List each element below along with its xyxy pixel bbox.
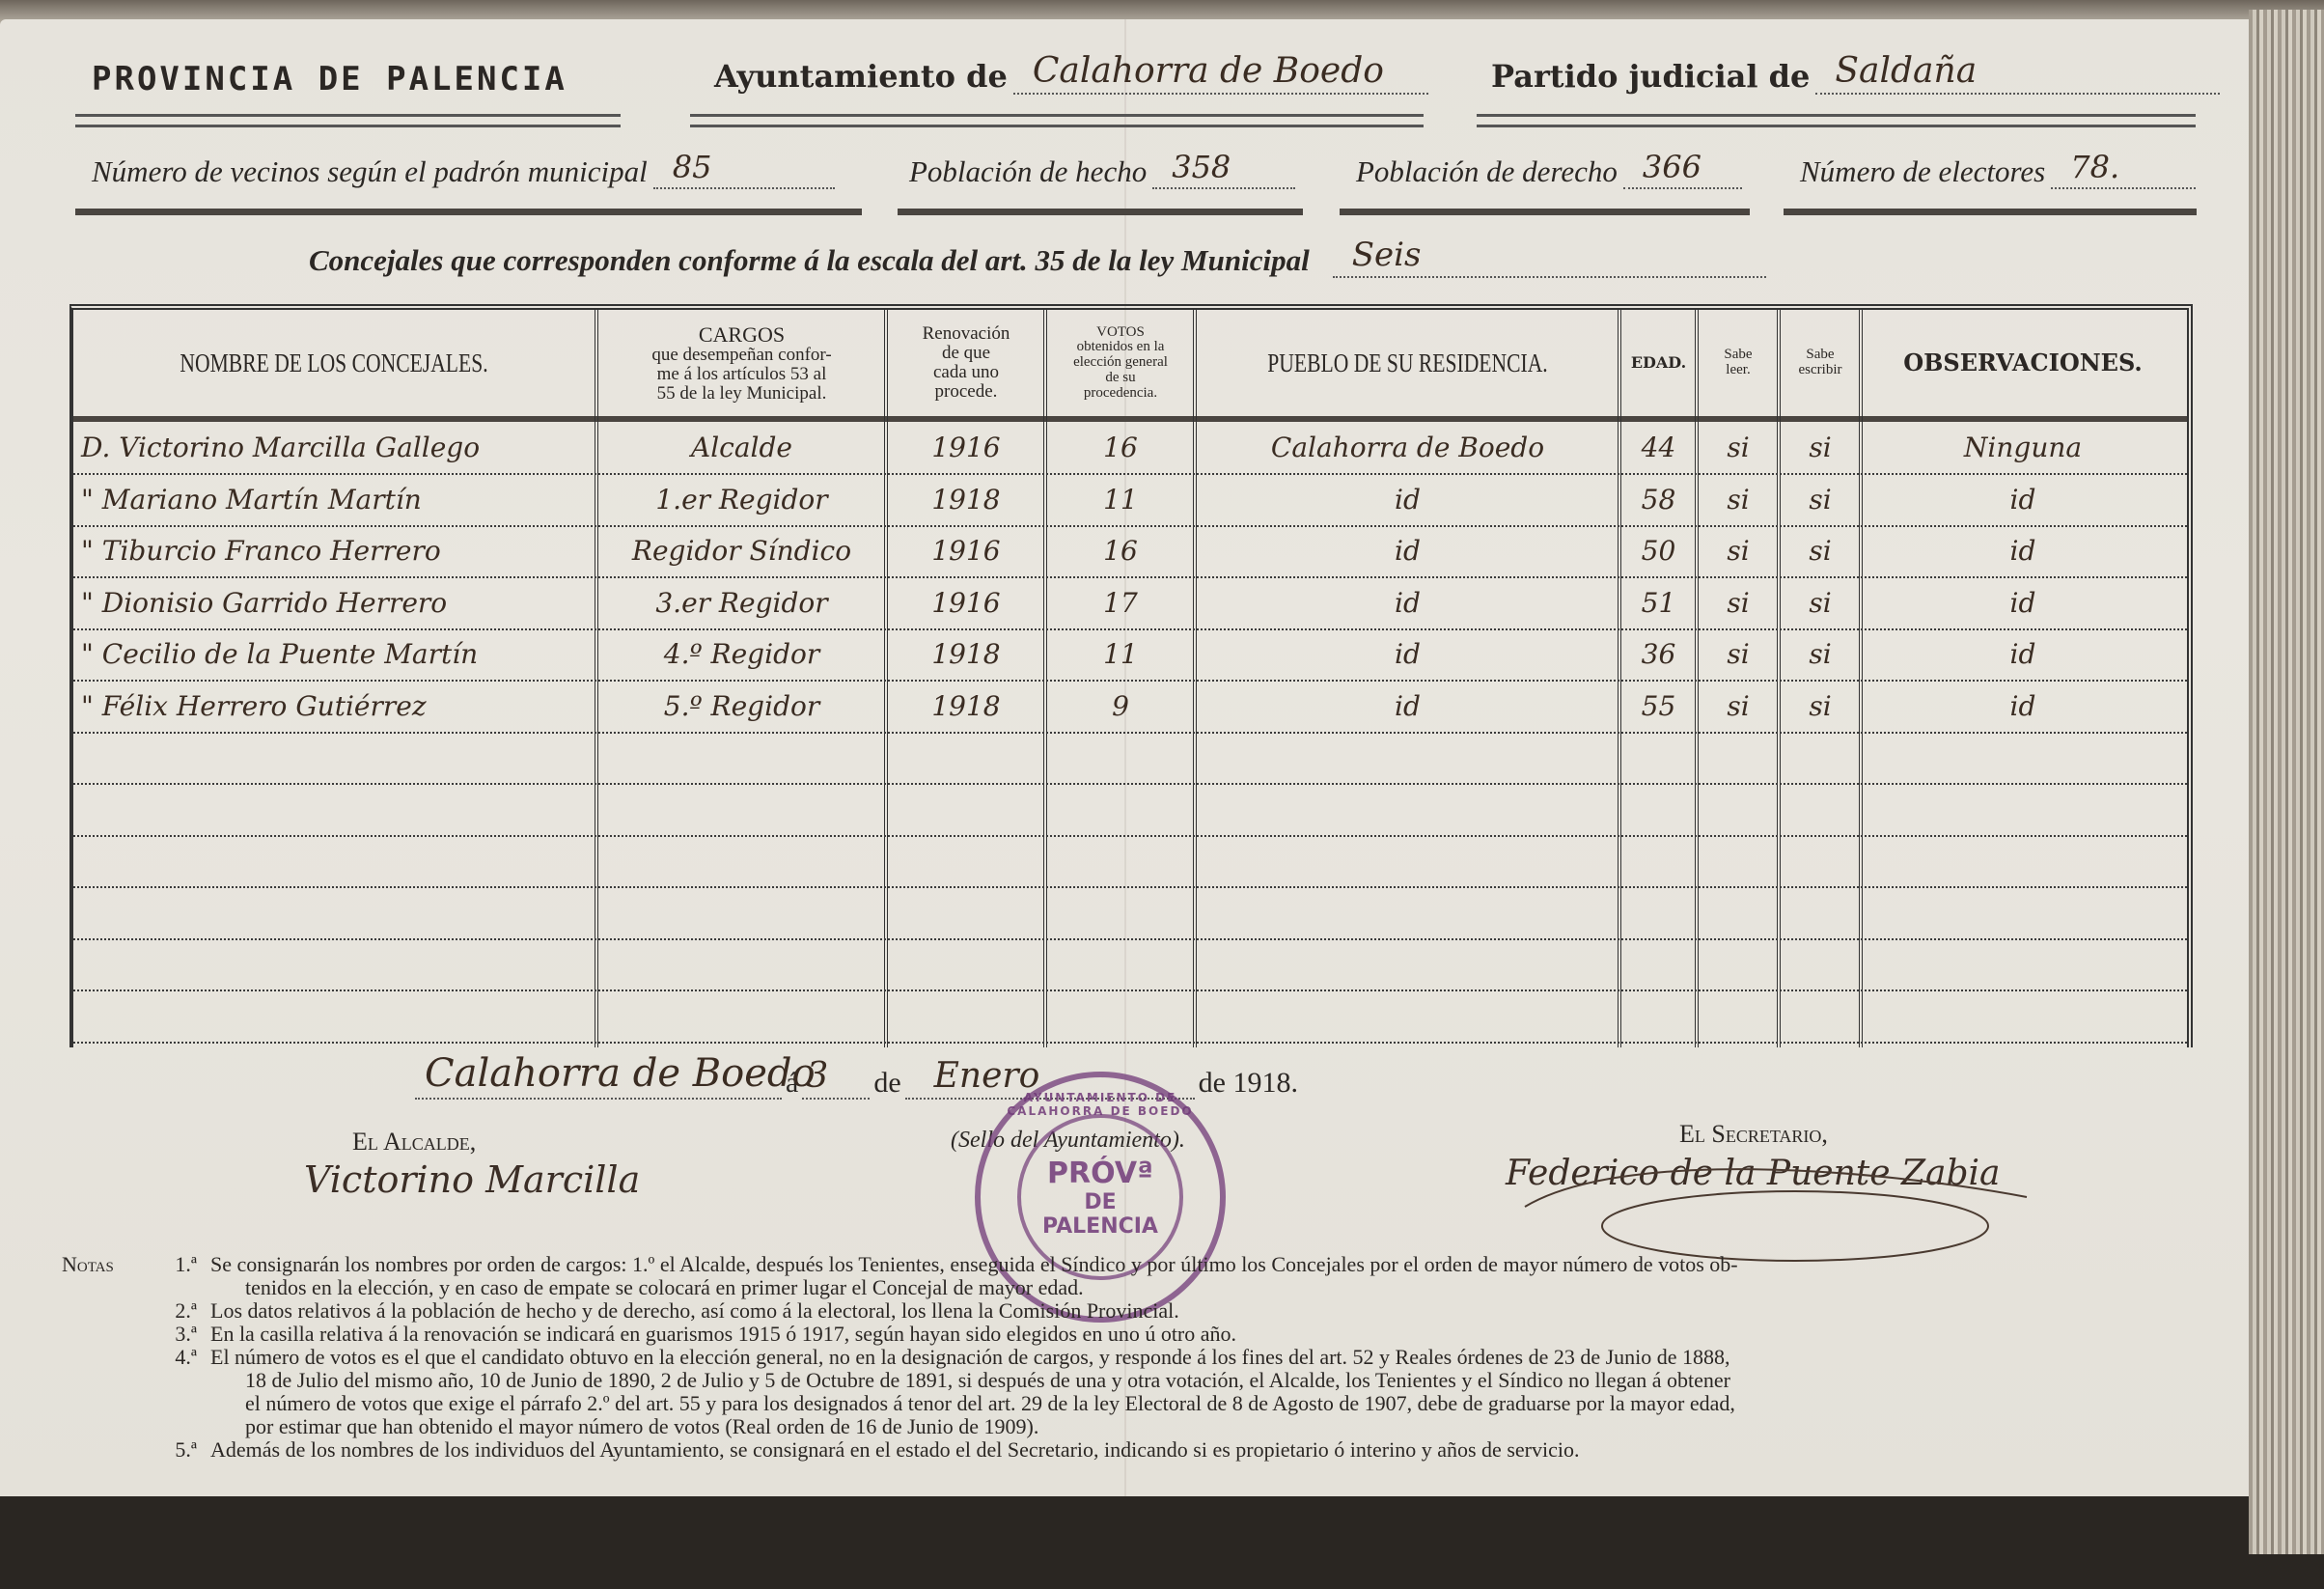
cell-votos[interactable]: 16 <box>1048 525 1193 576</box>
partido-label: Partido judicial de <box>1491 58 1810 95</box>
cell-cargo[interactable] <box>599 938 884 990</box>
note-number: 4.ª <box>158 1346 197 1369</box>
cell-renovacion[interactable]: 1918 <box>889 681 1043 732</box>
col-header-renovacion: Renovación de que cada uno procede. <box>889 310 1043 416</box>
rule <box>1340 209 1750 215</box>
cell-observaciones[interactable] <box>1864 784 2182 835</box>
note-text: En la casilla relativa á la renovación s… <box>210 1323 1236 1346</box>
cell-renovacion[interactable]: 1918 <box>889 474 1043 525</box>
vecinos-label: Número de vecinos según el padrón munici… <box>92 154 648 189</box>
rule <box>690 114 1424 127</box>
book-page-edges <box>2249 10 2324 1554</box>
note-text: Además de los nombres de los individuos … <box>210 1438 1579 1462</box>
rule <box>1477 114 2196 127</box>
partido-value: Saldaña <box>1835 51 1977 91</box>
table-header: NOMBRE DE LOS CONCEJALES. CARGOS que des… <box>73 310 2187 422</box>
col-header-pueblo: PUEBLO DE SU RESIDENCIA. <box>1240 310 1576 416</box>
cell-observaciones[interactable] <box>1864 887 2182 938</box>
note-line: por estimar que han obtenido el mayor nú… <box>62 1415 2050 1438</box>
date-de: de <box>873 1067 900 1100</box>
cell-leer[interactable]: si <box>1700 628 1777 680</box>
cell-leer[interactable]: si <box>1700 525 1777 576</box>
cell-edad[interactable] <box>1622 732 1695 783</box>
cell-renovacion[interactable]: 1916 <box>889 525 1043 576</box>
col-header-sabe-leer: Sabeleer. <box>1700 310 1777 416</box>
cell-leer[interactable] <box>1700 990 1777 1042</box>
cell-votos[interactable] <box>1048 938 1193 990</box>
cell-escribir[interactable] <box>1782 990 1859 1042</box>
cell-votos[interactable]: 17 <box>1048 577 1193 628</box>
cell-cargo[interactable]: Alcalde <box>599 422 884 473</box>
notes-label <box>62 1438 158 1462</box>
concejales-table: NOMBRE DE LOS CONCEJALES. CARGOS que des… <box>69 304 2193 1047</box>
rule <box>75 209 862 215</box>
cell-votos[interactable] <box>1048 732 1193 783</box>
cell-edad[interactable]: 58 <box>1622 474 1695 525</box>
cell-renovacion[interactable] <box>889 732 1043 783</box>
electores-field: Número de electores 78. <box>1800 154 2196 189</box>
cell-leer[interactable]: si <box>1700 422 1777 473</box>
table-row <box>73 887 2187 940</box>
day-value: 3 <box>806 1056 828 1096</box>
derecho-value: 366 <box>1643 149 1701 185</box>
col-header-nombre: NOMBRE DE LOS CONCEJALES. <box>125 310 542 416</box>
cell-observaciones[interactable]: id <box>1864 525 2182 576</box>
cell-edad[interactable]: 50 <box>1622 525 1695 576</box>
cell-escribir[interactable]: si <box>1782 525 1859 576</box>
cell-edad[interactable]: 51 <box>1622 577 1695 628</box>
electores-label: Número de electores <box>1800 154 2045 189</box>
cell-leer[interactable] <box>1700 887 1777 938</box>
derecho-label: Población de derecho <box>1356 154 1618 189</box>
rule <box>75 114 621 127</box>
note-number: 1.ª <box>158 1253 197 1276</box>
note-number: 3.ª <box>158 1323 197 1346</box>
note-line: 3.ªEn la casilla relativa á la renovació… <box>62 1323 2050 1346</box>
cell-cargo[interactable] <box>599 732 884 783</box>
note-line: Notas1.ªSe consignarán los nombres por o… <box>62 1253 2050 1276</box>
col-header-cargos: CARGOS que desempeñan confor- me á los a… <box>599 310 884 416</box>
note-text: el número de votos que exige el párrafo … <box>245 1392 1735 1415</box>
cell-leer[interactable]: si <box>1700 474 1777 525</box>
cell-pueblo[interactable]: id <box>1198 628 1618 680</box>
table-row: " Tiburcio Franco HerreroRegidor Síndico… <box>73 525 2187 578</box>
alcalde-label: El Alcalde, <box>352 1128 476 1157</box>
partido-input[interactable]: Saldaña <box>1815 91 2220 95</box>
note-number: 2.ª <box>158 1299 197 1323</box>
table-row: " Félix Herrero Gutiérrez5.º Regidor1918… <box>73 681 2187 734</box>
concejales-field: Concejales que corresponden conforme á l… <box>309 243 1766 278</box>
cell-edad[interactable]: 55 <box>1622 681 1695 732</box>
cell-escribir[interactable] <box>1782 732 1859 783</box>
cell-cargo[interactable]: 5.º Regidor <box>599 681 884 732</box>
cell-nombre[interactable]: " Dionisio Garrido Herrero <box>73 577 602 628</box>
cell-leer[interactable] <box>1700 938 1777 990</box>
notes-label <box>62 1346 158 1369</box>
note-line: 18 de Julio del mismo año, 10 de Junio d… <box>62 1369 2050 1392</box>
cell-renovacion[interactable] <box>889 784 1043 835</box>
vecinos-input[interactable]: 85 <box>653 185 835 189</box>
hecho-label: Población de hecho <box>909 154 1147 189</box>
cell-votos[interactable] <box>1048 887 1193 938</box>
electores-value: 78. <box>2070 149 2119 185</box>
cell-pueblo[interactable] <box>1198 887 1618 938</box>
table-row <box>73 784 2187 837</box>
hecho-value: 358 <box>1172 149 1231 185</box>
ayuntamiento-value: Calahorra de Boedo <box>1033 51 1384 91</box>
cell-votos[interactable]: 11 <box>1048 628 1193 680</box>
cell-nombre[interactable] <box>73 990 602 1042</box>
vecinos-value: 85 <box>673 149 712 185</box>
cell-cargo[interactable] <box>599 835 884 886</box>
cell-cargo[interactable]: 1.er Regidor <box>599 474 884 525</box>
cell-nombre[interactable]: " Tiburcio Franco Herrero <box>73 525 602 576</box>
table-row <box>73 990 2187 1044</box>
secretario-label: El Secretario, <box>1679 1120 1828 1149</box>
province-title-block: PROVINCIA DE PALENCIA <box>92 60 594 98</box>
cell-pueblo[interactable]: Calahorra de Boedo <box>1198 422 1618 473</box>
cell-votos[interactable]: 9 <box>1048 681 1193 732</box>
cell-cargo[interactable]: 3.er Regidor <box>599 577 884 628</box>
cell-nombre[interactable] <box>73 887 602 938</box>
hecho-field: Población de hecho 358 <box>909 154 1295 189</box>
cell-nombre[interactable] <box>73 938 602 990</box>
note-number: 5.ª <box>158 1438 197 1462</box>
cell-edad[interactable] <box>1622 938 1695 990</box>
cell-observaciones[interactable]: id <box>1864 681 2182 732</box>
notes-label <box>62 1323 158 1346</box>
cell-observaciones[interactable] <box>1864 938 2182 990</box>
cell-votos[interactable] <box>1048 990 1193 1042</box>
cell-renovacion[interactable] <box>889 835 1043 886</box>
note-line: 5.ªAdemás de los nombres de los individu… <box>62 1438 2050 1462</box>
derecho-field: Población de derecho 366 <box>1356 154 1742 189</box>
cell-cargo[interactable] <box>599 990 884 1042</box>
note-line: 4.ªEl número de votos es el que el candi… <box>62 1346 2050 1369</box>
cell-nombre[interactable] <box>73 732 602 783</box>
note-text: por estimar que han obtenido el mayor nú… <box>245 1415 1038 1438</box>
note-line: tenidos en la elección, y en caso de emp… <box>62 1276 2050 1299</box>
table-row: " Mariano Martín Martín1.er Regidor19181… <box>73 474 2187 527</box>
cell-cargo[interactable]: 4.º Regidor <box>599 628 884 680</box>
cell-observaciones[interactable] <box>1864 990 2182 1042</box>
note-text: tenidos en la elección, y en caso de emp… <box>245 1276 1084 1299</box>
cell-observaciones[interactable]: id <box>1864 577 2182 628</box>
cell-votos[interactable] <box>1048 784 1193 835</box>
cell-nombre[interactable]: " Cecilio de la Puente Martín <box>73 628 602 680</box>
col-header-observaciones: OBSERVACIONES. <box>1864 310 2182 416</box>
note-text: Se consignarán los nombres por orden de … <box>210 1253 1738 1276</box>
col-header-sabe-escribir: Sabeescribir <box>1782 310 1859 416</box>
cell-escribir[interactable]: si <box>1782 422 1859 473</box>
cell-edad[interactable] <box>1622 887 1695 938</box>
cell-edad[interactable] <box>1622 835 1695 886</box>
note-text: Los datos relativos á la población de he… <box>210 1299 1179 1323</box>
cell-renovacion[interactable] <box>889 938 1043 990</box>
cell-renovacion[interactable]: 1916 <box>889 577 1043 628</box>
place-value: Calahorra de Boedo <box>425 1051 816 1096</box>
cell-escribir[interactable]: si <box>1782 628 1859 680</box>
derecho-input[interactable]: 366 <box>1623 185 1742 189</box>
concejales-input[interactable]: Seis <box>1333 274 1766 278</box>
notes-label: Notas <box>62 1253 158 1276</box>
cell-edad[interactable] <box>1622 990 1695 1042</box>
vecinos-field: Número de vecinos según el padrón munici… <box>92 154 835 189</box>
notes-list: Notas1.ªSe consignarán los nombres por o… <box>62 1253 2050 1462</box>
cell-edad[interactable]: 44 <box>1622 422 1695 473</box>
cell-renovacion[interactable] <box>889 887 1043 938</box>
table-row <box>73 732 2187 785</box>
cell-votos[interactable]: 11 <box>1048 474 1193 525</box>
ayuntamiento-label: Ayuntamiento de <box>714 58 1008 95</box>
cell-cargo[interactable] <box>599 887 884 938</box>
table-row <box>73 835 2187 888</box>
cell-leer[interactable]: si <box>1700 681 1777 732</box>
cell-leer[interactable] <box>1700 835 1777 886</box>
cell-nombre[interactable]: D. Victorino Marcilla Gallego <box>73 422 602 473</box>
cell-pueblo[interactable] <box>1198 990 1618 1042</box>
note-line: el número de votos que exige el párrafo … <box>62 1392 2050 1415</box>
cell-nombre[interactable] <box>73 784 602 835</box>
day-input[interactable]: 3 <box>802 1096 870 1100</box>
table-row <box>73 938 2187 991</box>
col-header-edad: EDAD. <box>1622 310 1695 416</box>
cell-nombre[interactable]: " Félix Herrero Gutiérrez <box>73 681 602 732</box>
cell-votos[interactable]: 16 <box>1048 422 1193 473</box>
table-row: D. Victorino Marcilla GallegoAlcalde1916… <box>73 422 2187 475</box>
cell-nombre[interactable]: " Mariano Martín Martín <box>73 474 602 525</box>
table-row: " Dionisio Garrido Herrero3.er Regidor19… <box>73 577 2187 630</box>
cell-pueblo[interactable]: id <box>1198 577 1618 628</box>
cell-pueblo[interactable]: id <box>1198 525 1618 576</box>
cell-escribir[interactable]: si <box>1782 681 1859 732</box>
cell-escribir[interactable] <box>1782 887 1859 938</box>
concejales-label: Concejales que corresponden conforme á l… <box>309 243 1310 278</box>
cell-pueblo[interactable] <box>1198 835 1618 886</box>
hecho-input[interactable]: 358 <box>1152 185 1295 189</box>
cell-observaciones[interactable]: Ninguna <box>1864 422 2182 473</box>
cell-renovacion[interactable] <box>889 990 1043 1042</box>
cell-nombre[interactable] <box>73 835 602 886</box>
cell-pueblo[interactable] <box>1198 784 1618 835</box>
place-input[interactable]: Calahorra de Boedo <box>415 1096 782 1100</box>
cell-pueblo[interactable]: id <box>1198 474 1618 525</box>
concejales-value: Seis <box>1352 236 1422 274</box>
cell-cargo[interactable]: Regidor Síndico <box>599 525 884 576</box>
cell-leer[interactable] <box>1700 784 1777 835</box>
table-row: " Cecilio de la Puente Martín4.º Regidor… <box>73 628 2187 682</box>
electores-input[interactable]: 78. <box>2051 185 2196 189</box>
note-text: 18 de Julio del mismo año, 10 de Junio d… <box>245 1369 1730 1392</box>
alcalde-signature: Victorino Marcilla <box>304 1158 640 1201</box>
province-title: PROVINCIA DE PALENCIA <box>92 60 567 98</box>
note-text: El número de votos es el que el candidat… <box>210 1346 1730 1369</box>
ayuntamiento-field: Ayuntamiento de Calahorra de Boedo <box>714 58 1428 95</box>
cell-leer[interactable]: si <box>1700 577 1777 628</box>
month-value: Enero <box>934 1056 1040 1096</box>
ayuntamiento-input[interactable]: Calahorra de Boedo <box>1013 91 1428 95</box>
partido-field: Partido judicial de Saldaña <box>1491 58 2254 95</box>
cell-edad[interactable] <box>1622 784 1695 835</box>
col-header-votos: VOTOS obtenidos en la elección general d… <box>1048 310 1193 416</box>
cell-pueblo[interactable] <box>1198 732 1618 783</box>
cell-escribir[interactable]: si <box>1782 577 1859 628</box>
cell-pueblo[interactable] <box>1198 938 1618 990</box>
cell-escribir[interactable] <box>1782 938 1859 990</box>
cell-observaciones[interactable]: id <box>1864 628 2182 680</box>
cell-observaciones[interactable] <box>1864 732 2182 783</box>
notes-section: Notas1.ªSe consignarán los nombres por o… <box>62 1253 2050 1462</box>
cell-escribir[interactable] <box>1782 835 1859 886</box>
note-line: 2.ªLos datos relativos á la población de… <box>62 1299 2050 1323</box>
cell-edad[interactable]: 36 <box>1622 628 1695 680</box>
notes-label <box>62 1299 158 1323</box>
rule <box>1784 209 2197 215</box>
cell-votos[interactable] <box>1048 835 1193 886</box>
cell-renovacion[interactable]: 1916 <box>889 422 1043 473</box>
cell-escribir[interactable] <box>1782 784 1859 835</box>
cell-cargo[interactable] <box>599 784 884 835</box>
rule <box>898 209 1303 215</box>
cell-escribir[interactable]: si <box>1782 474 1859 525</box>
cell-observaciones[interactable]: id <box>1864 474 2182 525</box>
cell-leer[interactable] <box>1700 732 1777 783</box>
cell-observaciones[interactable] <box>1864 835 2182 886</box>
cell-pueblo[interactable]: id <box>1198 681 1618 732</box>
cell-renovacion[interactable]: 1918 <box>889 628 1043 680</box>
